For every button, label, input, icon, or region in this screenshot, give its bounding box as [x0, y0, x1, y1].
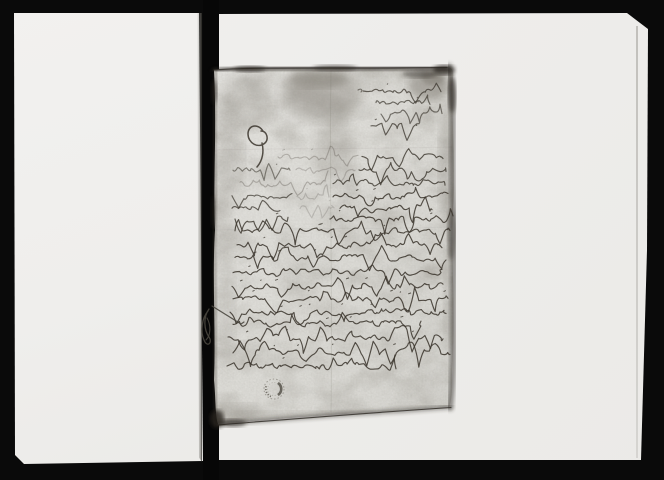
ink-mark — [387, 84, 388, 85]
manuscript-page — [0, 0, 664, 480]
edge-dark-clump — [313, 65, 357, 71]
ink-mark — [260, 280, 261, 281]
water-stain — [288, 70, 348, 88]
edge-dark-clump — [211, 80, 217, 104]
ink-mark — [274, 345, 275, 346]
scan-frame — [0, 0, 664, 480]
water-stain — [217, 230, 235, 380]
ink-mark — [400, 292, 401, 293]
edge-dark-clump — [402, 70, 438, 78]
binding-cord-strand — [202, 309, 210, 344]
edge-dark-clump — [234, 66, 266, 72]
edge-dark-clump — [211, 196, 216, 228]
edge-dark-clump — [218, 419, 246, 427]
edge-dark-clump — [448, 77, 456, 113]
